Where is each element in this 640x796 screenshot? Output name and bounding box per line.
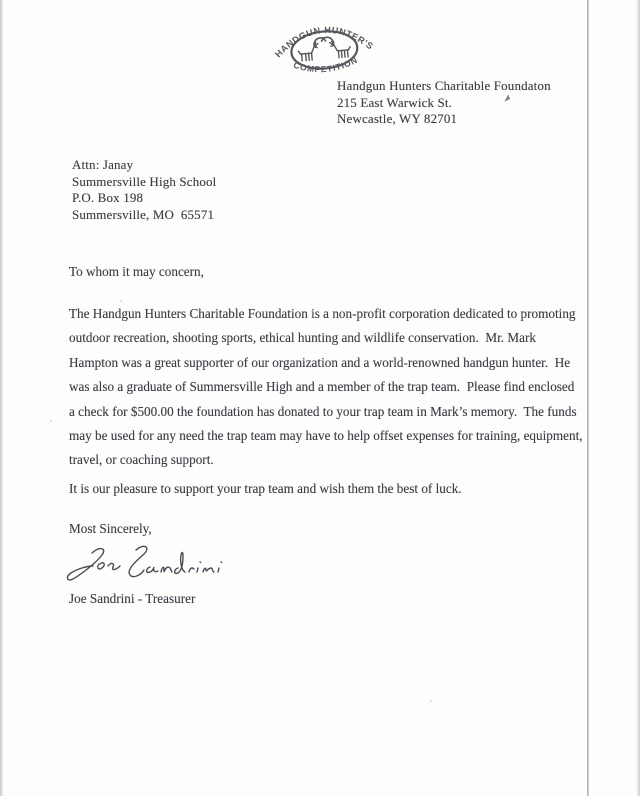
signer-name-title: Joe Sandrini - Treasurer	[69, 591, 195, 607]
salutation: To whom it may concern,	[69, 264, 204, 280]
signature-joe-sandrini	[62, 541, 237, 593]
body-paragraph-2: It is our pleasure to support your trap …	[69, 481, 462, 497]
body-line: may be used for any need the trap team m…	[69, 424, 583, 448]
recipient-address-block: Attn: Janay Summersville High School P.O…	[72, 157, 216, 223]
handgun-hunters-competition-logo: HANDGUN HUNTER'S COMPETITION	[253, 2, 395, 90]
scan-left-edge-shadow	[0, 0, 4, 796]
scan-paper-edge-line	[587, 0, 589, 796]
sender-street: 215 East Warwick St.	[337, 95, 551, 112]
sender-city: Newcastle, WY 82701	[337, 111, 551, 128]
svg-text:HANDGUN HUNTER'S: HANDGUN HUNTER'S	[271, 21, 376, 60]
body-line: Hampton was a great supporter of our org…	[69, 351, 583, 375]
recipient-school: Summersville High School	[72, 174, 216, 191]
body-paragraph-1: The Handgun Hunters Charitable Foundatio…	[69, 302, 583, 473]
body-line: was also a graduate of Summersville High…	[69, 375, 583, 399]
recipient-po-box: P.O. Box 198	[72, 190, 216, 207]
recipient-city: Summersville, MO 65571	[72, 207, 216, 224]
deer-left-icon	[298, 43, 319, 62]
valediction: Most Sincerely,	[69, 521, 152, 537]
scanned-letter-page: HANDGUN HUNTER'S COMPETITION	[0, 0, 640, 796]
scan-dust-dot	[430, 700, 432, 702]
body-line: outdoor recreation, shooting sports, eth…	[69, 326, 583, 350]
body-line: a check for $500.00 the foundation has d…	[69, 400, 583, 424]
recipient-attn: Attn: Janay	[72, 157, 216, 174]
sender-address-block: Handgun Hunters Charitable Foundaton 215…	[337, 78, 551, 128]
deer-right-icon	[330, 40, 351, 59]
scan-dust-dot	[50, 420, 52, 422]
scan-right-edge-shadow	[636, 0, 640, 796]
logo-top-text: HANDGUN HUNTER'S	[271, 21, 376, 60]
sender-org: Handgun Hunters Charitable Foundaton	[337, 78, 551, 95]
body-line: The Handgun Hunters Charitable Foundatio…	[69, 302, 583, 326]
body-line: travel, or coaching support.	[69, 448, 583, 472]
